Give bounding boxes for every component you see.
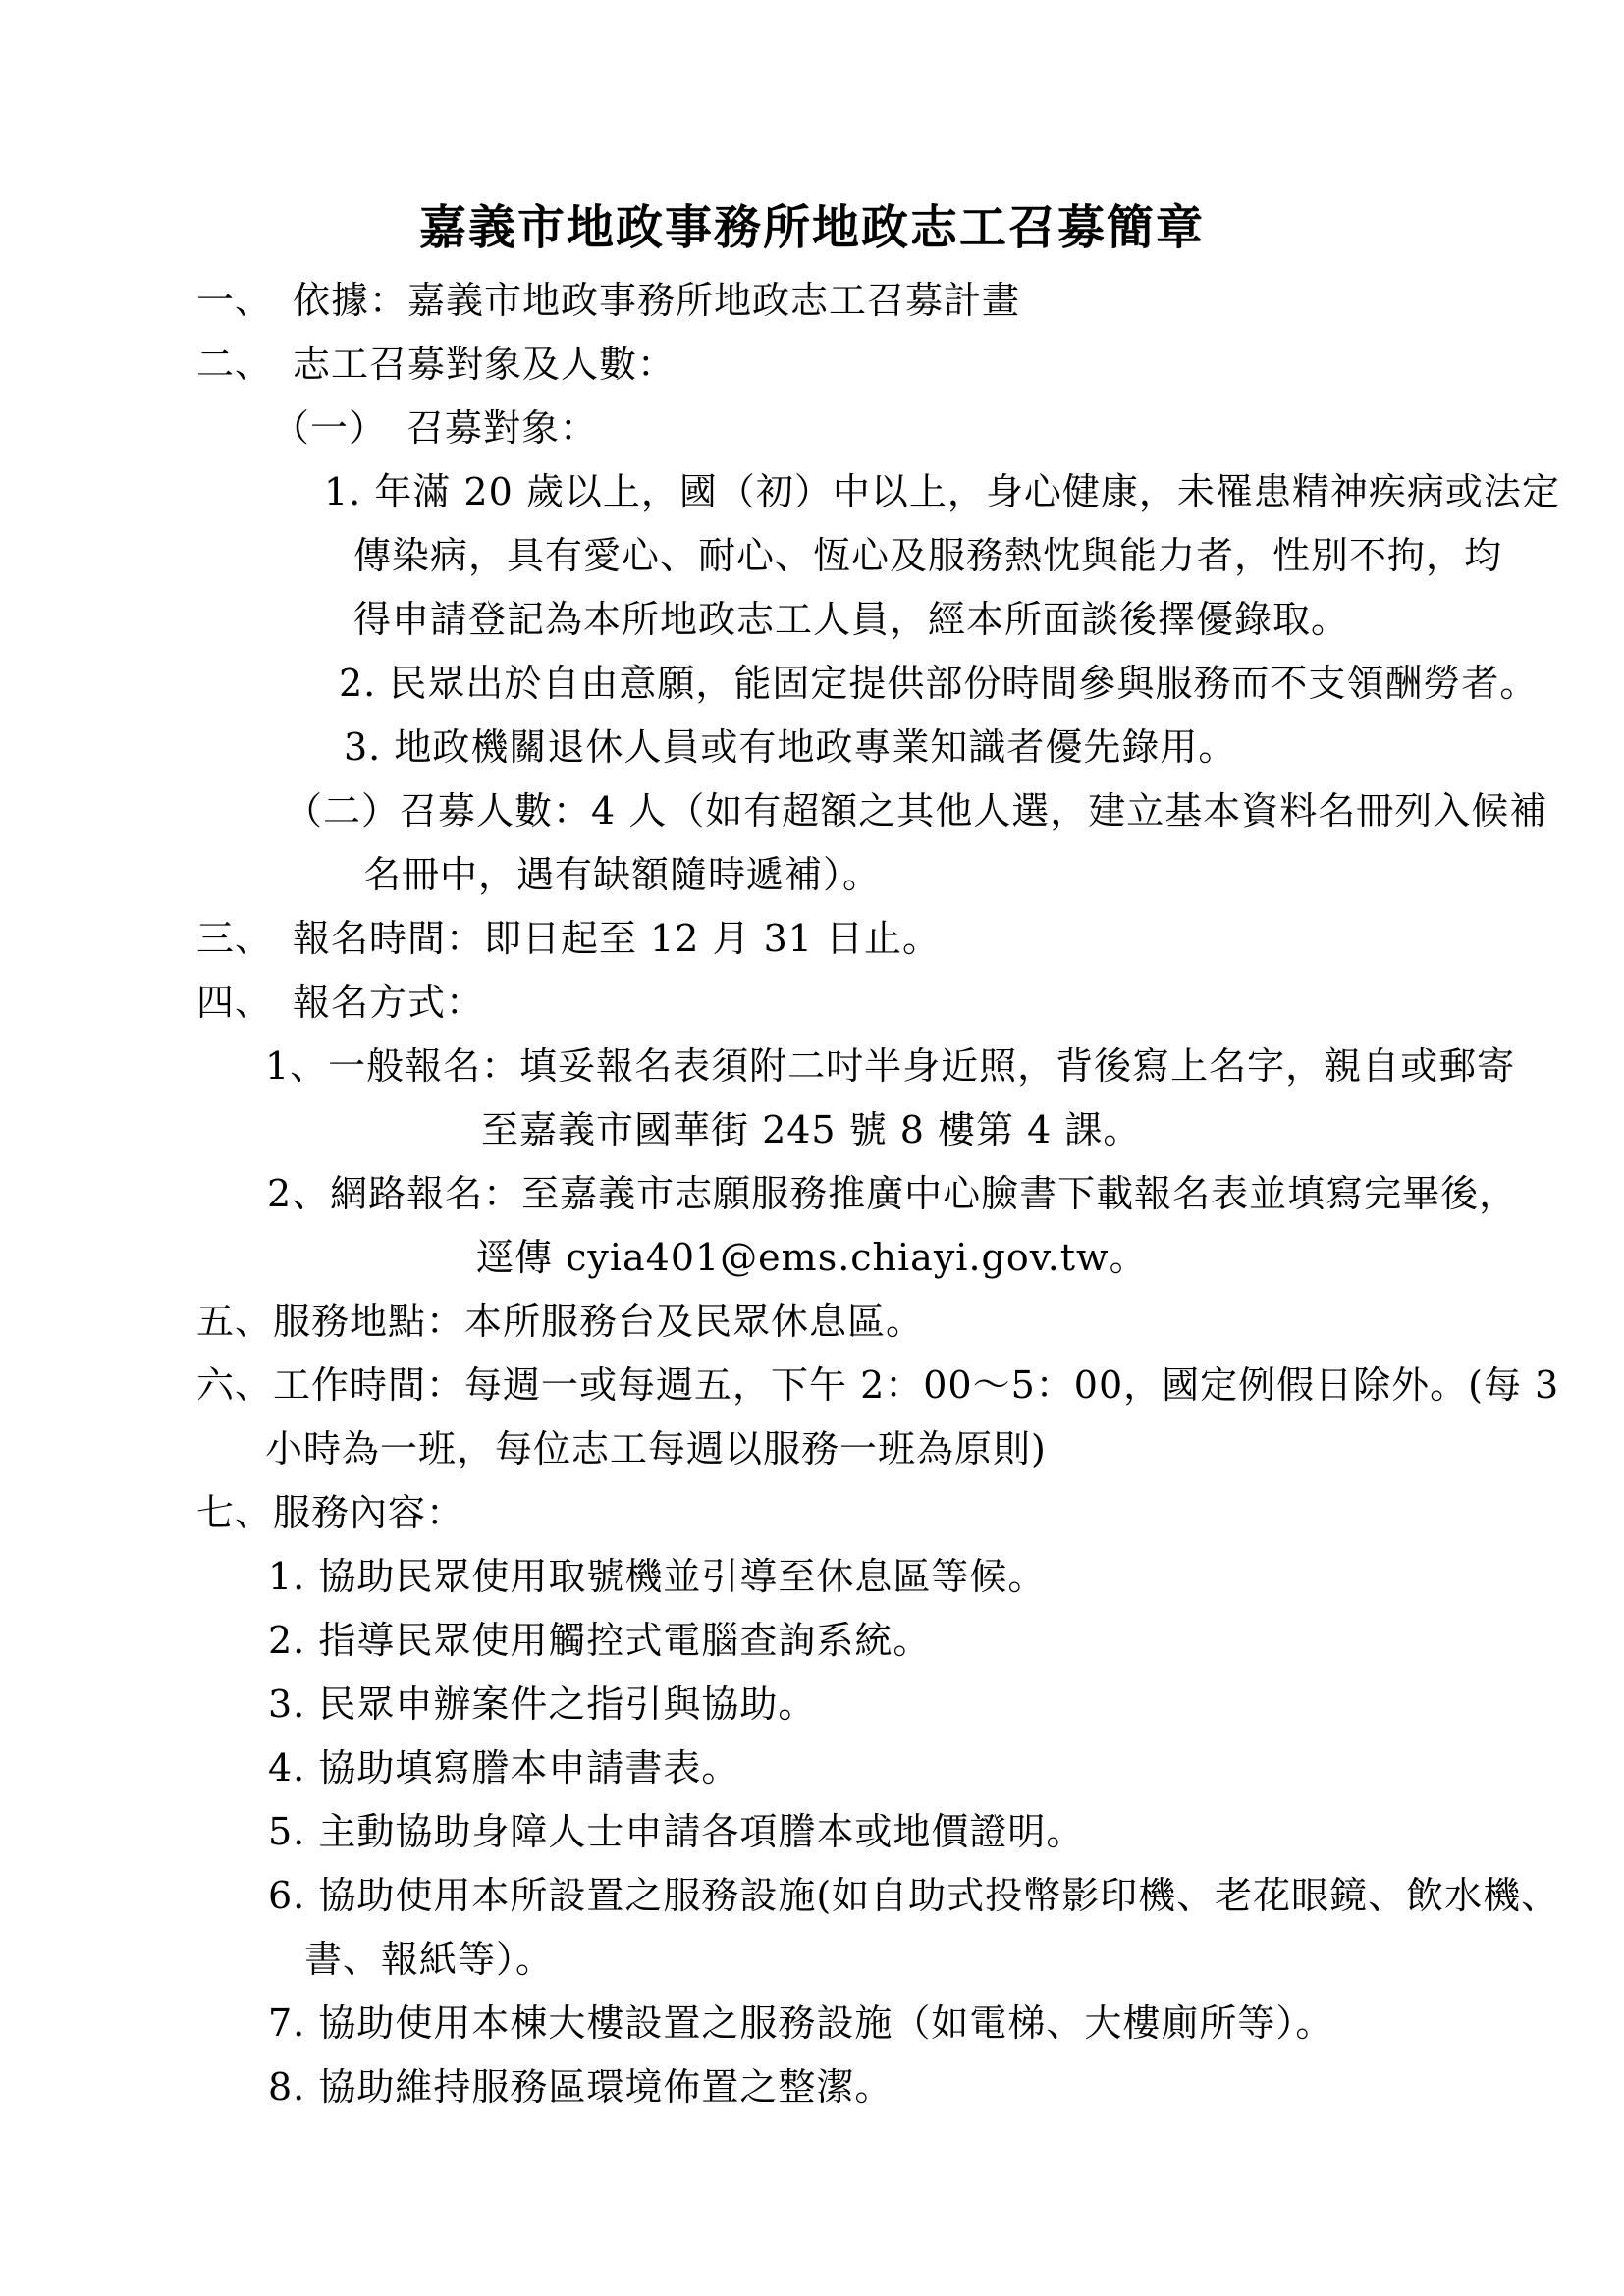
duty-item-6-line-2: 書、報紙等）。	[0, 1928, 1624, 1992]
method-1-line-1: 1、一般報名：填妥報名表須附二吋半身近照，背後寫上名字，親自或郵寄	[0, 1035, 1624, 1098]
section-5-location: 五、服務地點：本所服務台及民眾休息區。	[0, 1290, 1624, 1354]
document-page: 嘉義市地政事務所地政志工召募簡章 一、 依據：嘉義市地政事務所地政志工召募計畫 …	[0, 0, 1624, 2296]
target-item-1-line-1: 1. 年滿 20 歲以上，國（初）中以上，身心健康，未罹患精神疾病或法定	[0, 460, 1624, 524]
target-item-1-line-2: 傳染病，具有愛心、耐心、恆心及服務熱忱與能力者，性別不拘，均	[0, 524, 1624, 588]
target-item-3: 3. 地政機關退休人員或有地政專業知識者優先錄用。	[0, 716, 1624, 779]
page-title: 嘉義市地政事務所地政志工召募簡章	[0, 201, 1624, 255]
section-7-heading: 七、服務內容：	[0, 1481, 1624, 1545]
duty-item-2: 2. 指導民眾使用觸控式電腦查詢系統。	[0, 1609, 1624, 1673]
duty-item-7: 7. 協助使用本棟大樓設置之服務設施（如電梯、大樓廁所等）。	[0, 1992, 1624, 2056]
duty-item-8: 8. 協助維持服務區環境佈置之整潔。	[0, 2056, 1624, 2119]
duty-item-3: 3. 民眾申辦案件之指引與協助。	[0, 1673, 1624, 1736]
section-2-2-quota-line-2: 名冊中，遇有缺額隨時遞補）。	[0, 843, 1624, 907]
section-1-basis: 一、 依據：嘉義市地政事務所地政志工召募計畫	[0, 269, 1624, 333]
duty-item-4: 4. 協助填寫謄本申請書表。	[0, 1736, 1624, 1800]
document-body: 一、 依據：嘉義市地政事務所地政志工召募計畫 二、 志工召募對象及人數： （一）…	[0, 269, 1624, 2119]
section-2-1-heading: （一） 召募對象：	[0, 397, 1624, 460]
duty-item-6-line-1: 6. 協助使用本所設置之服務設施(如自助式投幣影印機、老花眼鏡、飲水機、	[0, 1864, 1624, 1928]
section-6-hours-line-2: 小時為一班，每位志工每週以服務一班為原則)	[0, 1417, 1624, 1481]
section-6-hours-line-1: 六、工作時間：每週一或每週五，下午 2：00～5：00，國定例假日除外。(每 3	[0, 1354, 1624, 1417]
duty-item-1: 1. 協助民眾使用取號機並引導至休息區等候。	[0, 1545, 1624, 1609]
method-1-line-2: 至嘉義市國華街 245 號 8 樓第 4 課。	[0, 1098, 1624, 1162]
method-2-line-1: 2、網路報名：至嘉義市志願服務推廣中心臉書下載報名表並填寫完畢後，	[0, 1162, 1624, 1226]
target-item-1-line-3: 得申請登記為本所地政志工人員，經本所面談後擇優錄取。	[0, 588, 1624, 652]
duty-item-5: 5. 主動協助身障人士申請各項謄本或地價證明。	[0, 1800, 1624, 1864]
target-item-2: 2. 民眾出於自由意願，能固定提供部份時間參與服務而不支領酬勞者。	[0, 652, 1624, 716]
method-2-line-2-email: 逕傳 cyia401@ems.chiayi.gov.tw。	[0, 1226, 1624, 1290]
section-4-heading: 四、 報名方式：	[0, 971, 1624, 1035]
section-3-deadline: 三、 報名時間：即日起至 12 月 31 日止。	[0, 907, 1624, 971]
section-2-heading: 二、 志工召募對象及人數：	[0, 333, 1624, 397]
section-2-2-quota-line-1: （二）召募人數：4 人（如有超額之其他人選，建立基本資料名冊列入候補	[0, 779, 1624, 843]
